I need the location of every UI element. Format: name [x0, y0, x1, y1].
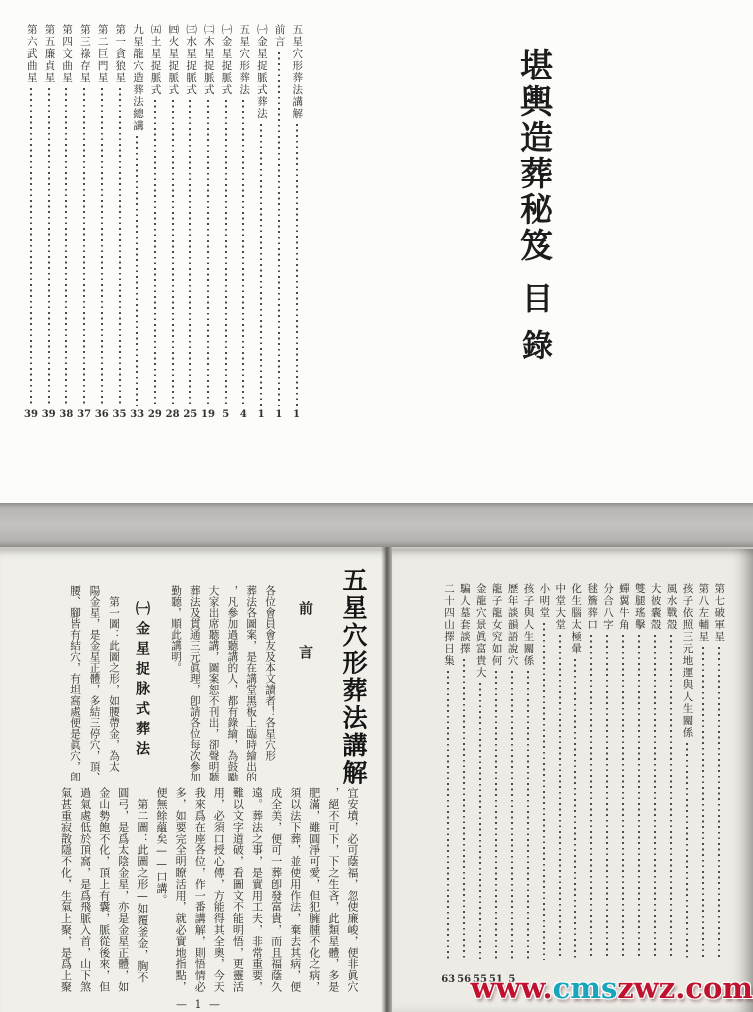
dotted-leader: [622, 635, 624, 960]
toc-entry-label: 第三祿存星: [78, 24, 90, 84]
toc-entry: ㈤土星捉脈式 29: [146, 24, 163, 422]
toc-entry-label: 化生腦太極暈: [570, 583, 582, 655]
body-column: 圓弓，是爲太陰金星，亦是金星正體，如: [115, 787, 130, 1012]
dotted-leader: [83, 88, 85, 406]
toc-entry-label: 小明堂: [538, 583, 550, 619]
toc-page-number: 56: [457, 974, 471, 987]
toc-page-number: 35: [113, 409, 127, 422]
dotted-leader: [702, 647, 704, 960]
spine-crease: [381, 547, 392, 1012]
dotted-leader: [495, 671, 497, 960]
toc-entry-label: ㈡木星捉脈式: [202, 24, 214, 96]
dotted-leader: [463, 659, 465, 960]
toc-entry-label: 龍子龍女究如何: [490, 583, 502, 667]
toc-entry: ㈠金星捉脈式 5: [217, 24, 234, 422]
book-title-block: 堪輿造葬秘笈 目錄: [511, 48, 558, 376]
dotted-leader: [670, 635, 672, 960]
dotted-leader: [638, 635, 640, 960]
toc-entry-label: ㈠金星捉脈式葬法: [255, 24, 267, 120]
body-column: 腰、腳皆有結穴，有坦窩處便是眞穴，卽: [66, 585, 81, 781]
preface-heading: 前言: [295, 601, 315, 689]
book-spread: 第七破軍星 第八左輔星 孩子依照三元地運與人生關係 風水戰殼 大彼囊殼: [0, 547, 753, 1012]
toc-page-one: 堪輿造葬秘笈 目錄 五星穴形葬法講解 1 前言 1 ㈠金星捉脈式葬法 1 五星穴…: [0, 0, 753, 503]
toc-entry: 歷年談韻語說穴 5: [503, 583, 520, 987]
body-column: 第二圖：此圖之形—如覆釜金，胸不: [134, 787, 149, 1012]
toc-entry-label: ㈢水星捉脈式: [185, 24, 197, 96]
body-column: 多，如要完全明瞭活用，就必實地指點，: [172, 787, 187, 1012]
toc-entry: 龍子龍女究如何 51: [487, 583, 504, 987]
body-column: 須以法下葬，並使用作法，棄去其病，便: [287, 787, 302, 1012]
chapter-title: 五星穴形葬法講解: [335, 567, 371, 787]
toc-page-number: 63: [441, 974, 455, 987]
toc-entry: 二十四山擇日集 63: [440, 583, 457, 987]
toc-entry-label: 騙人墓套談擇: [458, 583, 470, 655]
toc-entry-label: 第四文曲星: [61, 24, 73, 84]
toc-entry: 第五廉貞星 39: [40, 24, 57, 422]
toc-entry: ㈡木星捉脈式 19: [200, 24, 217, 422]
toc-page-number: 4: [240, 409, 247, 422]
toc-entry: 第二巨門星 36: [93, 24, 110, 422]
preface-column: 各位會員會友及本文讀者！各星穴形: [261, 585, 276, 781]
preface-column: ，凡參加過聽講的人，都有錄繪，為鼓勵: [223, 585, 238, 781]
toc-entry-label: 第七破軍星: [713, 583, 725, 643]
body-column: 氣甚重寂散隱不化，生氣上聚，是爲上聚: [58, 787, 73, 1012]
toc-entry-label: ㈣火星捉脈式: [167, 24, 179, 96]
toc-entry-label: 金龍穴景眞富貴大: [474, 583, 486, 679]
toc-heading-label: 目錄: [512, 282, 557, 376]
toc-entry-label: 第二巨門星: [96, 24, 108, 84]
dotted-leader: [654, 635, 656, 960]
dotted-leader: [686, 743, 688, 960]
watermark-www: www.: [471, 971, 553, 1005]
body-column: 難以文字道破，看圖文不能明悟，更靈活: [229, 787, 244, 1012]
body-column: 我來爲在座各位，作一番講解，則悟情必: [191, 787, 206, 1012]
toc-entry: 毬簷葬口: [583, 583, 600, 987]
scan-divider: [0, 503, 753, 547]
toc-entry-label: ㈤土星捉脈式: [149, 24, 161, 96]
toc-page-number: 1: [258, 409, 265, 422]
toc-entry: 第六武曲星 39: [23, 24, 40, 422]
watermark-cms: cms: [553, 971, 618, 1005]
dotted-leader: [30, 88, 32, 406]
toc-page-number: 39: [24, 409, 38, 422]
toc-page-number: 38: [59, 409, 73, 422]
toc-entry: 孩子依照三元地運與人生關係: [678, 583, 695, 987]
toc-entry: 第四文曲星 38: [58, 24, 75, 422]
toc-entry-label: 雙腿瑤擊: [633, 583, 645, 631]
toc-entry: 第三祿存星 37: [76, 24, 93, 422]
toc-entry-label: 第六武曲星: [25, 24, 37, 84]
body-column: ，絕不可下，下之生吝，此類星體，多是: [325, 787, 340, 1012]
toc-entry-label: 風水戰殼: [665, 583, 677, 631]
dotted-leader: [154, 100, 156, 406]
dotted-leader: [574, 659, 576, 960]
dotted-leader: [207, 100, 209, 406]
dotted-leader: [260, 124, 262, 406]
toc-entry-label: 分合八字: [601, 583, 613, 631]
toc-entry: 大彼囊殼: [646, 583, 663, 987]
body-column: 宜安墳，必可蔭福，忽使廉峻，便非眞穴: [344, 787, 359, 1012]
body-column: 肥滿，雖圓淨可愛，但犯臃腫不化之病，: [306, 787, 321, 1012]
body-column: 過氣處低於頂窩，是爲飛脈入首，山下煞: [77, 787, 92, 1012]
dotted-leader: [278, 52, 280, 406]
toc-entry-label: 中堂大堂: [554, 583, 566, 631]
toc-entry-label: 五星穴形葬法講解: [291, 24, 303, 120]
page-number: — 1 —: [176, 998, 222, 1011]
dotted-leader: [718, 647, 720, 960]
dotted-leader: [590, 635, 592, 960]
toc-entry: 前言 1: [270, 24, 287, 422]
toc-page-number: 28: [166, 409, 180, 422]
dotted-leader: [119, 88, 121, 406]
toc-page-number: 39: [42, 409, 56, 422]
watermark: www.cmszwz.com: [471, 971, 753, 1005]
toc-page-number: 33: [130, 409, 144, 422]
toc-entry-label: 二十四山擇日集: [442, 583, 454, 667]
dotted-leader: [606, 635, 608, 960]
toc-entry: 雙腿瑤擊: [631, 583, 648, 987]
dotted-leader: [136, 136, 138, 406]
body-column: 便無餘蘊矣——口講。: [153, 787, 168, 1012]
toc-entry-label: 五星穴形葬法: [238, 24, 250, 96]
toc-entry: 五星穴形葬法講解 1: [288, 24, 305, 422]
dotted-leader: [225, 100, 227, 406]
toc-entry: 孩子與人生關係: [519, 583, 536, 987]
toc-entry: 風水戰殼: [662, 583, 679, 987]
body-column: 金山勢飽不化，頂上有囊，脈從後來，但: [96, 787, 111, 1012]
toc-entry-label: 大彼囊殼: [649, 583, 661, 631]
toc-page-number: 25: [183, 409, 197, 422]
toc-entry-label: 第五廉貞星: [43, 24, 55, 84]
toc-entry-label: 第一貪狼星: [114, 24, 126, 84]
dotted-leader: [172, 100, 174, 406]
dotted-leader: [48, 88, 50, 406]
toc-entry: 九星龍穴造葬法總講 33: [129, 24, 146, 422]
toc-page-number: 19: [201, 409, 215, 422]
dotted-leader: [479, 683, 481, 960]
toc-entry: 五星穴形葬法 4: [235, 24, 252, 422]
toc-entry: 蟬翼牛角: [615, 583, 632, 987]
toc-entry: 中堂大堂: [551, 583, 568, 987]
toc-entry: 金龍穴景眞富貴大 55: [472, 583, 489, 987]
toc-page-number: 5: [222, 409, 229, 422]
toc-entry-label: 前言: [273, 24, 285, 48]
toc-entry: 第一貪狼星 35: [111, 24, 128, 422]
toc-entry: 第七破軍星: [710, 583, 727, 987]
scanned-book-page: 堪輿造葬秘笈 目錄 五星穴形葬法講解 1 前言 1 ㈠金星捉脈式葬法 1 五星穴…: [0, 0, 753, 1012]
dotted-leader: [559, 635, 561, 960]
dotted-leader: [189, 100, 191, 406]
toc-entry-label: 毬簷葬口: [586, 583, 598, 631]
book-title: 堪輿造葬秘笈: [511, 48, 558, 264]
dotted-leader: [242, 100, 244, 406]
dotted-leader: [527, 671, 529, 960]
toc-entry: 第八左輔星: [694, 583, 711, 987]
section-heading-gold-star: ㈠金星捉脉式葬法: [132, 601, 152, 761]
preface-column: 葬法及貫通三元眞理，卽請各位每次參加: [186, 585, 201, 781]
toc-entry-label: 孩子與人生關係: [522, 583, 534, 667]
body-column: 用，必須口授心傳，方能得其全奧，今天: [210, 787, 225, 1012]
toc-page-number: 29: [148, 409, 162, 422]
toc-entry: 騙人墓套談擇 56: [456, 583, 473, 987]
watermark-com: .com: [675, 971, 753, 1005]
dotted-leader: [447, 671, 449, 960]
toc-entry: 化生腦太極暈: [567, 583, 584, 987]
toc-entry-label: 第八左輔星: [697, 583, 709, 643]
dotted-leader: [543, 623, 545, 960]
toc-entry: 小明堂: [535, 583, 552, 987]
toc-entry: ㈢水星捉脈式 25: [182, 24, 199, 422]
preface-column: 葬法各圖案，是在講堂黑板上臨時繪出的: [242, 585, 257, 781]
dotted-leader: [511, 671, 513, 960]
toc-entry-label: 歷年談韻語說穴: [506, 583, 518, 667]
body-column: 成全美，便可一葬卽發富貴，而且福蔭久: [268, 787, 283, 1012]
toc-entry-label: 孩子依照三元地運與人生關係: [681, 583, 693, 739]
toc-entry: ㈠金星捉脈式葬法 1: [253, 24, 270, 422]
toc-page-number: 1: [293, 409, 300, 422]
toc-entry-label: 蟬翼牛角: [617, 583, 629, 631]
toc-entry-label: 九星龍穴造葬法總講: [131, 24, 143, 132]
watermark-zwz: zwz: [617, 971, 675, 1005]
toc-entry-label: ㈠金星捉脈式: [220, 24, 232, 96]
toc-page-number: 37: [77, 409, 91, 422]
toc-page-number: 36: [95, 409, 109, 422]
preface-column: 勤聽，順此講明。: [167, 585, 182, 781]
dotted-leader: [101, 88, 103, 406]
body-column: 陽金星，是金星正體，多結三停穴，頂、: [86, 585, 101, 781]
preface-column: 大家出席聽講，圖案恕不刊出，卻聲明聽: [205, 585, 220, 781]
body-column: 遠。葬法之事，是實用工夫，非常重要，: [249, 787, 264, 1012]
dotted-leader: [65, 88, 67, 406]
toc-entry: ㈣火星捉脈式 28: [164, 24, 181, 422]
toc-entry: 分合八字: [599, 583, 616, 987]
body-column: 第一圖：此圖之形，如腰帶金，為太: [105, 585, 120, 781]
dotted-leader: [296, 124, 298, 406]
toc-page-number: 1: [275, 409, 282, 422]
